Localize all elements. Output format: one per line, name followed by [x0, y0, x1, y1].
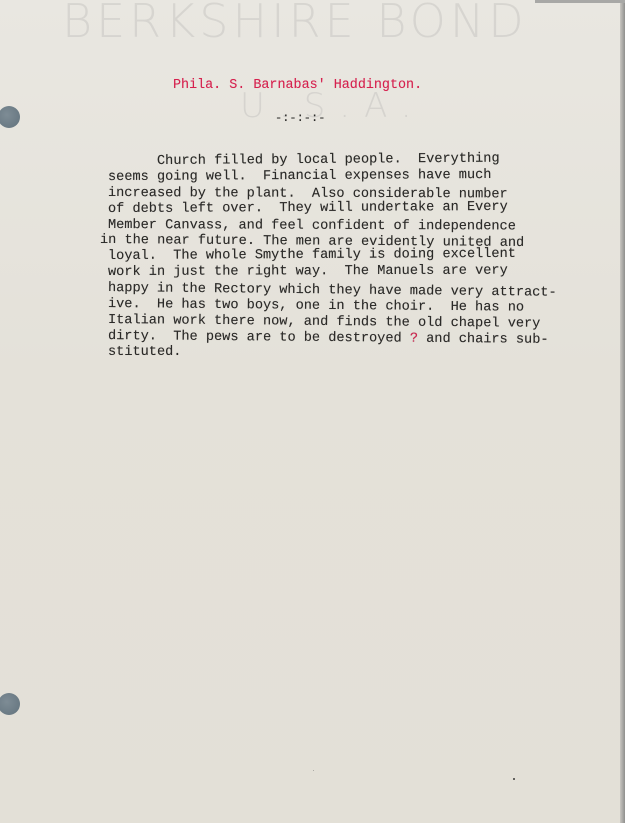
document-body: Church filled by local people. Everythin… — [108, 154, 557, 361]
body-line-text: loyal. The whole Smythe family is doing … — [108, 247, 516, 264]
body-line-text: of debts left over. They will undertake … — [108, 200, 508, 217]
body-line: Member Canvass, and feel confident of in… — [108, 218, 557, 235]
document-page: BERKSHIRE BOND U.S.A. Phila. S. Barnabas… — [0, 0, 620, 823]
paper-speck — [513, 778, 515, 780]
paper-watermark-brand: BERKSHIRE BOND — [62, 0, 528, 48]
scanner-edge — [620, 0, 625, 823]
body-line: loyal. The whole Smythe family is doing … — [108, 247, 557, 265]
body-line-text: work in just the right way. The Manuels … — [108, 264, 508, 280]
punch-hole-icon — [0, 106, 20, 128]
body-line-text: Church filled by local people. Everythin… — [157, 152, 500, 169]
body-line: of debts left over. They will undertake … — [108, 199, 557, 217]
paper-speck — [313, 770, 314, 771]
body-line-text: seems going well. Financial expenses hav… — [108, 168, 491, 185]
body-line: seems going well. Financial expenses hav… — [108, 168, 557, 186]
body-line-text: stituted. — [108, 345, 181, 360]
scanner-edge-top — [535, 0, 625, 3]
document-title: Phila. S. Barnabas' Haddington. — [173, 78, 422, 93]
body-line: work in just the right way. The Manuels … — [108, 264, 557, 281]
body-line-text: Member Canvass, and feel confident of in… — [108, 218, 516, 234]
punch-hole-icon — [0, 693, 20, 715]
body-line: stituted. — [108, 345, 557, 361]
title-separator: -:-:-:- — [275, 111, 325, 125]
